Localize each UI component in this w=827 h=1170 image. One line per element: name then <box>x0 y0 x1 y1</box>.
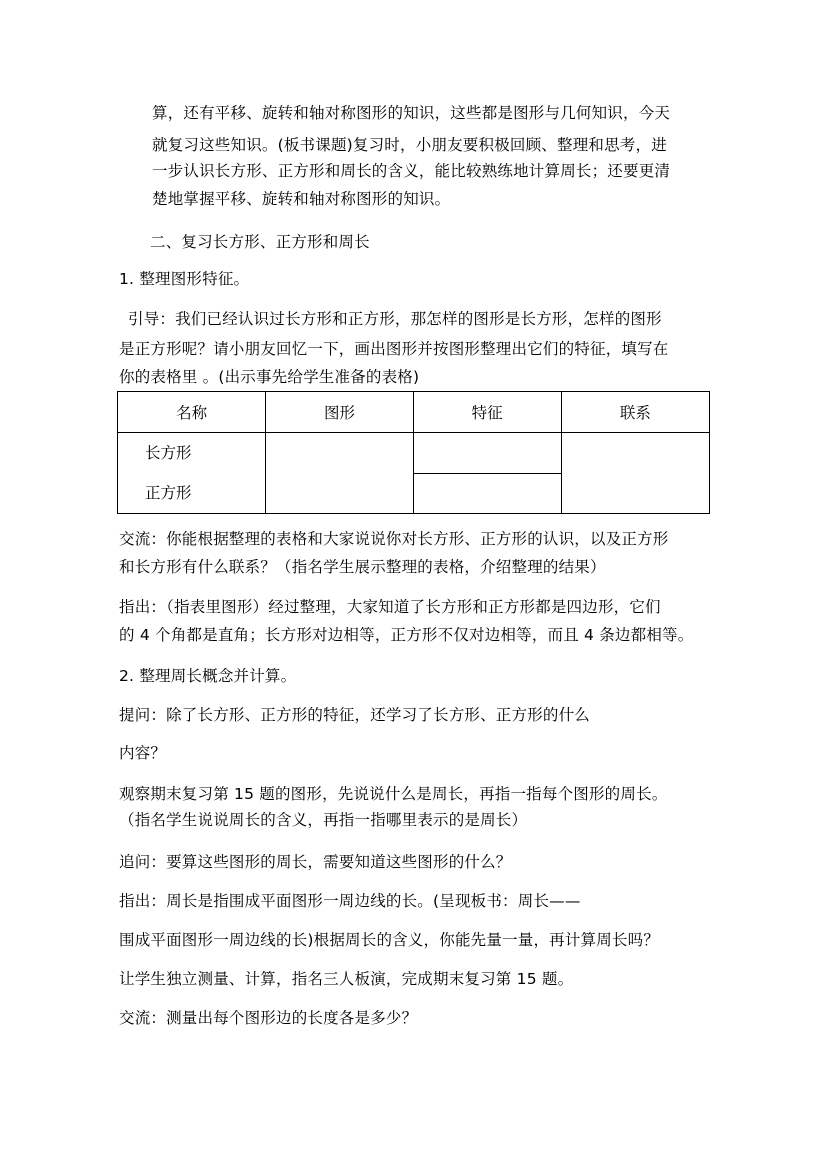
exchange1-line-1: 交流：你能根据整理的表格和大家说说你对长方形、正方形的认识，以及正方形 <box>119 529 669 549</box>
table-cell-feature-square <box>413 473 561 514</box>
row-label-rectangle: 长方形 <box>145 433 265 473</box>
section-two-heading: 二、复习长方形、正方形和周长 <box>150 232 370 252</box>
table-cell-shape <box>266 433 413 514</box>
exchange1-line-2: 和长方形有什么联系？（指名学生展示整理的表格，介绍整理的结果） <box>119 557 606 577</box>
document-page: 算，还有平移、旋转和轴对称图形的知识，这些都是图形与几何知识，今天 就复习这些知… <box>0 0 827 1170</box>
question-line-1: 提问：除了长方形、正方形的特征，还学习了长方形、正方形的什么 <box>119 705 590 725</box>
table-header-relation: 联系 <box>561 392 709 433</box>
point2-line-2: 围成平面图形一周边线的长)根据周长的含义，你能先量一量，再计算周长吗？ <box>119 930 659 950</box>
point2-line-1: 指出：周长是指围成平面图形一周边线的长。(呈现板书：周长—— <box>119 891 581 911</box>
followup-line: 追问：要算这些图形的周长，需要知道这些图形的什么？ <box>119 852 512 872</box>
table-header-feature: 特征 <box>413 392 561 433</box>
table-cell-feature-rectangle <box>413 433 561 474</box>
table-cell-relation <box>561 433 709 514</box>
intro-line-3: 一步认识长方形、正方形和周长的含义，能比较熟练地计算周长；还要更清 <box>152 161 670 181</box>
point1-line-1: 指出：（指表里图形）经过整理，大家知道了长方形和正方形都是四边形，它们 <box>119 597 661 617</box>
guide-line-2: 是正方形呢？请小朋友回忆一下，画出图形并按图形整理出它们的特征，填写在 <box>119 339 669 359</box>
practice-line: 让学生独立测量、计算，指名三人板演，完成期末复习第 15 题。 <box>119 969 573 989</box>
question-line-2: 内容？ <box>119 743 166 763</box>
guide-line-1: 引导：我们已经认识过长方形和正方形，那怎样的图形是长方形，怎样的图形 <box>128 309 662 329</box>
row-label-square: 正方形 <box>145 473 265 513</box>
intro-line-4: 楚地掌握平移、旋转和轴对称图形的知识。 <box>152 189 450 209</box>
table-header-name: 名称 <box>118 392 266 433</box>
table-header-shape: 图形 <box>266 392 413 433</box>
table-cell-names: 长方形 正方形 <box>118 433 266 514</box>
item1-heading: 1. 整理图形特征。 <box>119 269 249 289</box>
shape-summary-table: 名称 图形 特征 联系 长方形 正方形 <box>117 391 710 514</box>
item2-heading: 2. 整理周长概念并计算。 <box>119 666 296 686</box>
observe-line-1: 观察期末复习第 15 题的图形，先说说什么是周长，再指一指每个图形的周长。 <box>119 784 667 804</box>
observe-line-2: （指名学生说说周长的含义，再指一指哪里表示的是周长） <box>119 810 527 830</box>
intro-line-2: 就复习这些知识。(板书课题)复习时，小朋友要积极回顾、整理和思考，进 <box>152 135 667 155</box>
guide-line-3: 你的表格里 。(出示事先给学生准备的表格) <box>119 367 419 387</box>
point1-line-2: 的 4 个角都是直角；长方形对边相等，正方形不仅对边相等，而且 4 条边都相等。 <box>119 625 693 645</box>
intro-line-1: 算，还有平移、旋转和轴对称图形的知识，这些都是图形与几何知识，今天 <box>152 103 670 123</box>
exchange2-line: 交流：测量出每个图形边的长度各是多少？ <box>119 1008 417 1028</box>
